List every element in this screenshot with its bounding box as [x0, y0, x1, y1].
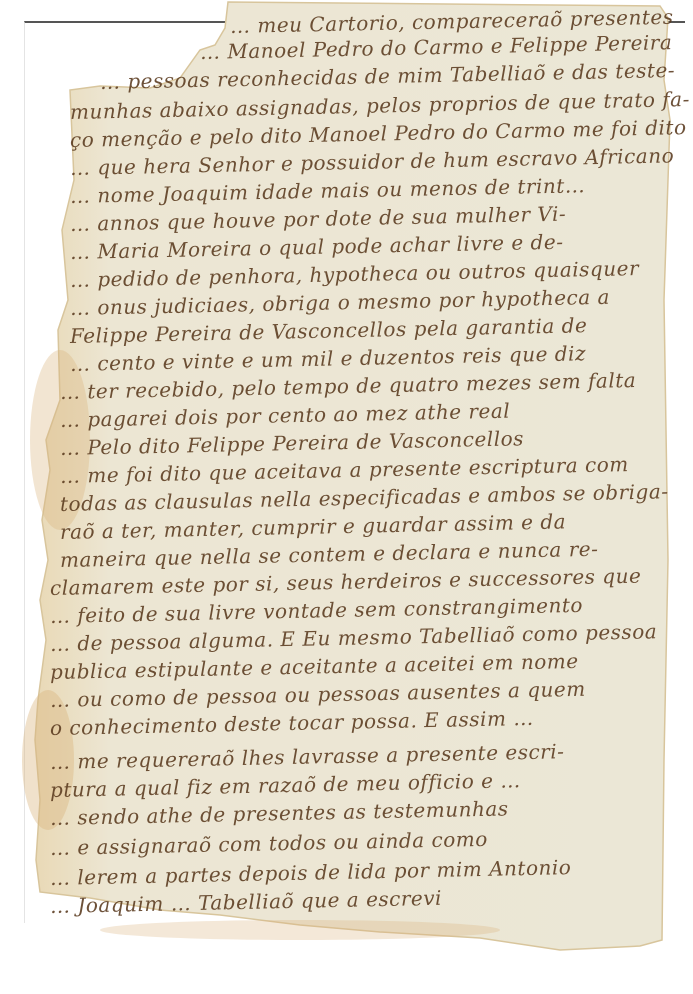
- handwritten-text: … meu Cartorio, compareceraõ presentes ……: [30, 10, 670, 910]
- text-line: o conhecimento deste tocar possa. E assi…: [50, 706, 534, 740]
- text-line: … sendo athe de presentes as testemunhas: [50, 796, 509, 830]
- text-line: … lerem a partes depois de lida por mim …: [50, 855, 572, 890]
- text-line: … e assignaraõ com todos ou ainda como: [50, 827, 488, 860]
- manuscript-page: … meu Cartorio, compareceraõ presentes ……: [0, 0, 693, 994]
